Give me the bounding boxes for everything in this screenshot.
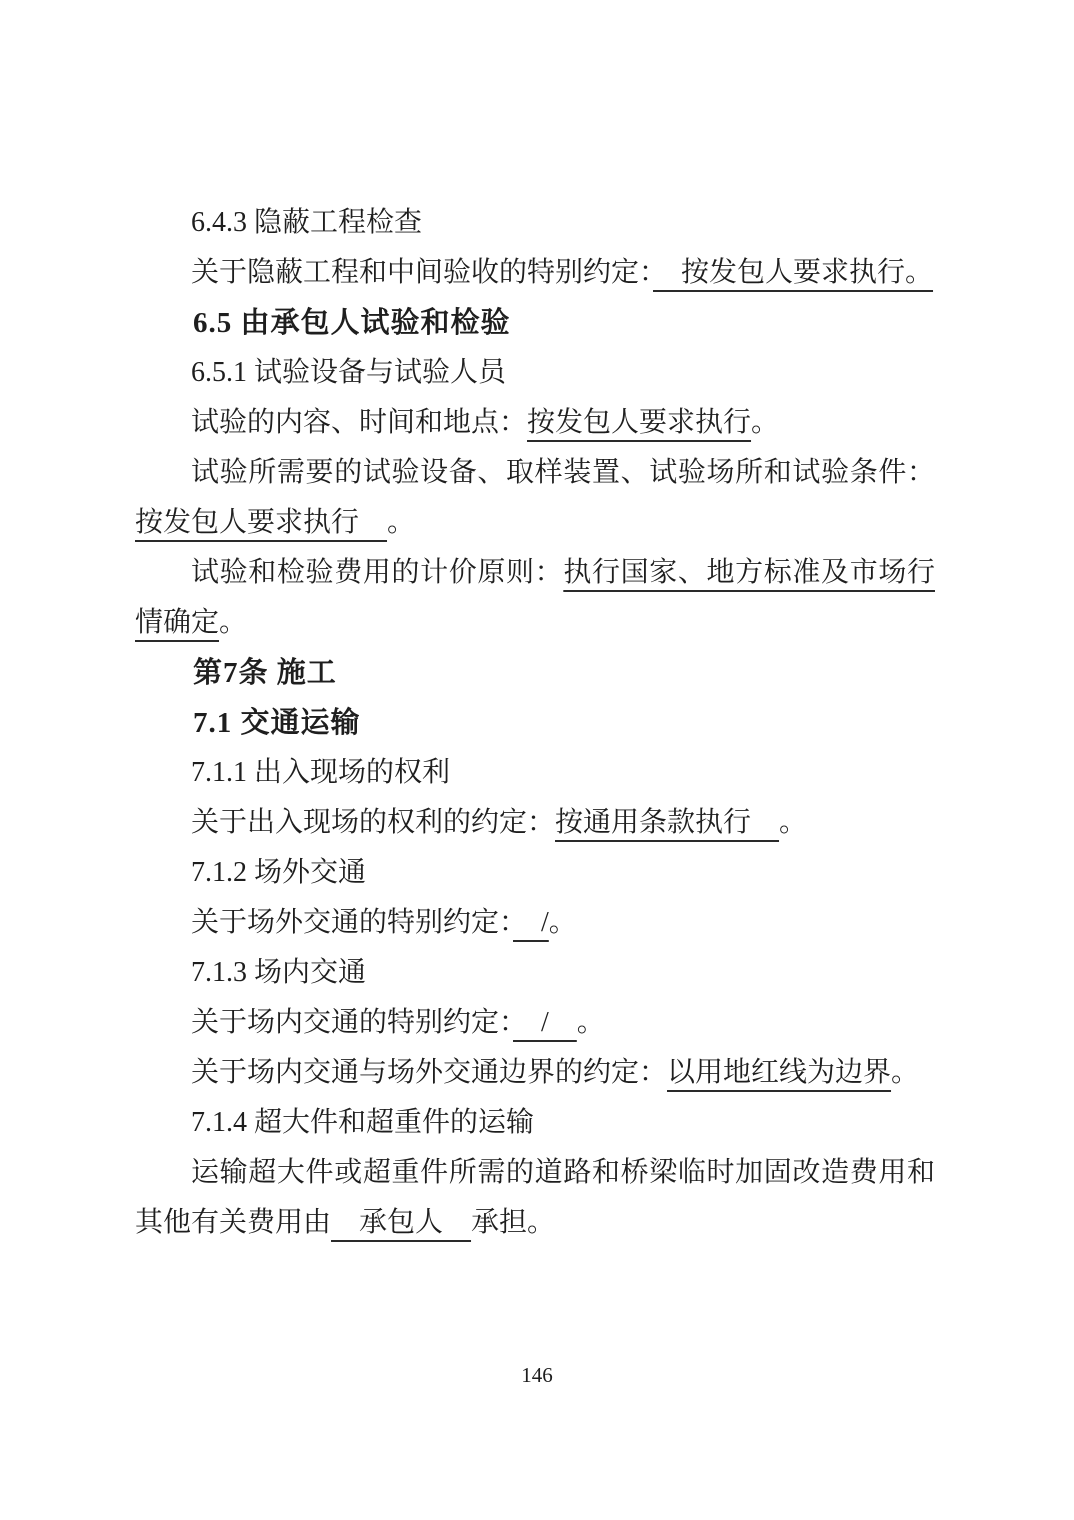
clause-period: 。 xyxy=(219,607,247,638)
heading-7-1: 7.1 交通运输 xyxy=(135,698,935,748)
heading-text: 6.5 由承包人试验和检验 xyxy=(193,307,511,339)
clause-oversized-transport-cost: 运输超大件或超重件所需的道路和桥梁临时加固改造费用和其他有关费用由 承包人 承担… xyxy=(135,1148,935,1248)
fill-in-value: / xyxy=(513,907,549,938)
clause-hidden-works-agreement: 关于隐蔽工程和中间验收的特别约定： 按发包人要求执行。 xyxy=(135,248,935,298)
document-body: 6.4.3 隐蔽工程检查 关于隐蔽工程和中间验收的特别约定： 按发包人要求执行。… xyxy=(135,198,935,1248)
fill-in-value: 按通用条款执行 xyxy=(555,807,779,838)
heading-text: 7.1 交通运输 xyxy=(193,707,361,739)
clause-label: 关于场外交通的特别约定： xyxy=(191,907,513,938)
clause-period: 。 xyxy=(549,907,577,938)
clause-traffic-boundary: 关于场内交通与场外交通边界的约定：以用地红线为边界。 xyxy=(135,1048,935,1098)
clause-label: 试验所需要的试验设备、取样装置、试验场所和试验条件： xyxy=(191,457,935,488)
subheading-text: 7.1.2 场外交通 xyxy=(191,857,366,888)
subheading-text: 7.1.4 超大件和超重件的运输 xyxy=(191,1107,534,1138)
subheading-text: 7.1.3 场内交通 xyxy=(191,957,366,988)
fill-in-value: 按发包人要求执行 xyxy=(527,407,751,438)
clause-label: 关于场内交通与场外交通边界的约定： xyxy=(191,1057,667,1088)
clause-test-fee-pricing: 试验和检验费用的计价原则：执行国家、地方标准及市场行情确定。 xyxy=(135,548,935,648)
heading-text: 第7条 施工 xyxy=(193,657,337,689)
subheading-text: 6.4.3 隐蔽工程检查 xyxy=(191,207,422,238)
fill-in-value: 按发包人要求执行。 xyxy=(653,257,933,288)
clause-test-content-time-place: 试验的内容、时间和地点：按发包人要求执行。 xyxy=(135,398,935,448)
fill-in-value: 按发包人要求执行 xyxy=(135,507,387,538)
clause-period: 。 xyxy=(779,807,807,838)
clause-period: 。 xyxy=(387,507,415,538)
heading-6-5: 6.5 由承包人试验和检验 xyxy=(135,298,935,348)
page-number: 146 xyxy=(0,1360,1074,1390)
clause-offsite-traffic: 关于场外交通的特别约定： /。 xyxy=(135,898,935,948)
subheading-6-4-3: 6.4.3 隐蔽工程检查 xyxy=(135,198,935,248)
subheading-7-1-2: 7.1.2 场外交通 xyxy=(135,848,935,898)
subheading-7-1-4: 7.1.4 超大件和超重件的运输 xyxy=(135,1098,935,1148)
clause-period: 。 xyxy=(577,1007,605,1038)
clause-site-access-right: 关于出入现场的权利的约定：按通用条款执行 。 xyxy=(135,798,935,848)
clause-label: 关于出入现场的权利的约定： xyxy=(191,807,555,838)
subheading-7-1-1: 7.1.1 出入现场的权利 xyxy=(135,748,935,798)
subheading-text: 7.1.1 出入现场的权利 xyxy=(191,757,450,788)
clause-tail-text: 承担。 xyxy=(471,1207,555,1238)
subheading-6-5-1: 6.5.1 试验设备与试验人员 xyxy=(135,348,935,398)
fill-in-value: 以用地红线为边界 xyxy=(667,1057,891,1088)
fill-in-value: 承包人 xyxy=(331,1207,471,1238)
heading-article-7: 第7条 施工 xyxy=(135,648,935,698)
clause-label: 关于场内交通的特别约定： xyxy=(191,1007,513,1038)
clause-period: 。 xyxy=(891,1057,919,1088)
clause-onsite-traffic: 关于场内交通的特别约定： / 。 xyxy=(135,998,935,1048)
clause-label: 关于隐蔽工程和中间验收的特别约定： xyxy=(191,257,653,288)
clause-label: 试验的内容、时间和地点： xyxy=(191,407,527,438)
clause-label: 试验和检验费用的计价原则： xyxy=(191,557,563,588)
clause-test-equipment-conditions: 试验所需要的试验设备、取样装置、试验场所和试验条件：按发包人要求执行 。 xyxy=(135,448,935,548)
fill-in-value: / xyxy=(513,1007,577,1038)
subheading-text: 6.5.1 试验设备与试验人员 xyxy=(191,357,506,388)
subheading-7-1-3: 7.1.3 场内交通 xyxy=(135,948,935,998)
clause-period: 。 xyxy=(751,407,779,438)
